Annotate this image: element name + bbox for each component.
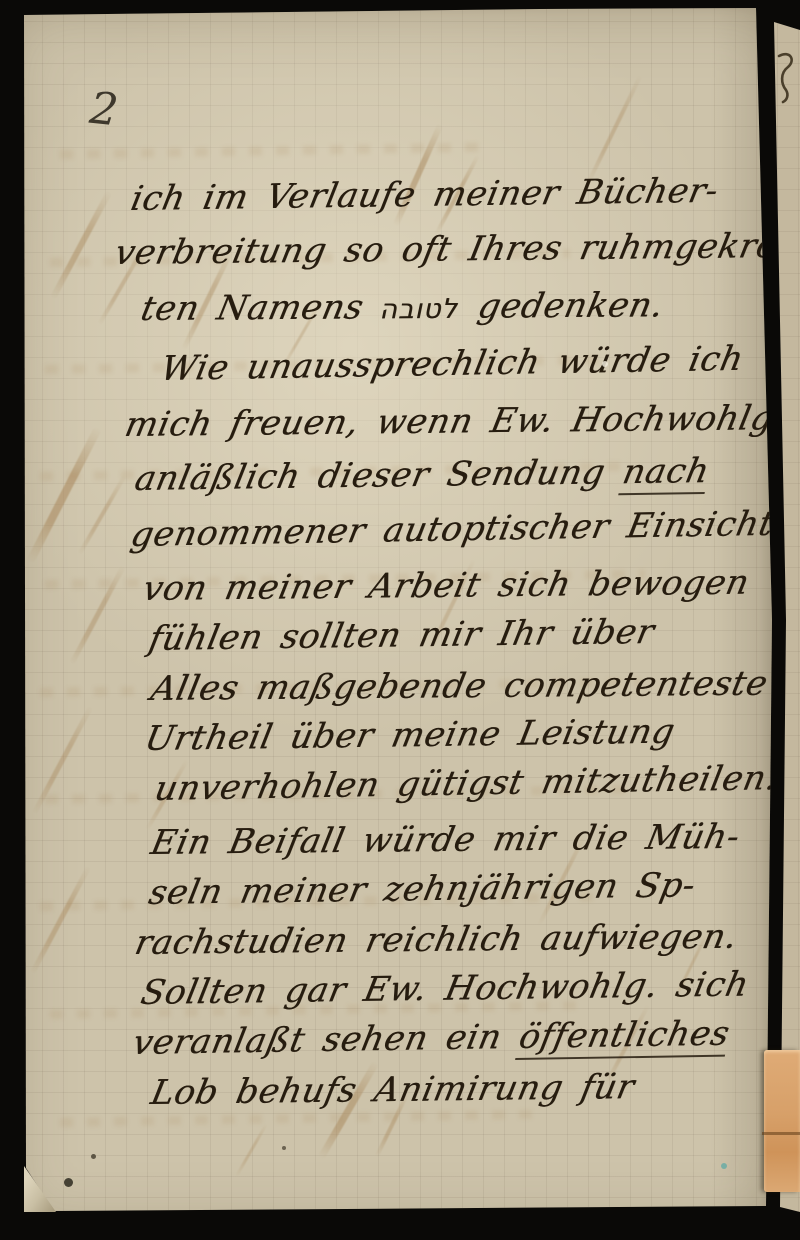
repair-tape: [764, 1050, 800, 1192]
handwriting-line: anläßlich dieser Sendung nach: [132, 454, 712, 496]
handwriting-line: von meiner Arbeit sich bewogen: [140, 566, 752, 606]
bleedthrough-stroke: [26, 426, 101, 563]
handwriting-segment: Alles maßgebende competenteste: [147, 664, 771, 709]
handwriting-line: Lob behufs Animirung für: [148, 1070, 637, 1110]
handwriting-segment: gedenken.: [456, 285, 667, 326]
bleedthrough-text-ghost: [60, 1110, 540, 1127]
handwriting-segment: Wie unaussprechlich würde ich: [157, 339, 747, 389]
bleedthrough-stroke: [50, 191, 112, 300]
handwriting-segment: seln meiner zehnjährigen Sp-: [145, 865, 699, 913]
handwriting-line: mich freuen, wenn Ew. Hochwohlgeb.: [122, 401, 800, 442]
bleedthrough-stroke: [30, 866, 91, 974]
handwriting-segment: Ein Beifall würde mir die Müh-: [147, 817, 743, 863]
bleedthrough-stroke: [69, 565, 125, 664]
handwriting-segment: öffentliches: [515, 1014, 733, 1060]
page-number: 2: [87, 83, 120, 137]
handwriting-line: ich im Verlaufe meiner Bücher-: [128, 174, 721, 216]
handwriting-segment: genommener autoptischer Einsicht: [127, 504, 777, 555]
handwriting-segment: verbreitung so oft Ihres ruhmgekrön-: [111, 226, 800, 273]
handwriting-line: Urtheil über meine Leistung: [142, 715, 678, 756]
bleedthrough-stroke: [78, 475, 126, 555]
handwriting-line: Wie unaussprechlich würde ich: [158, 342, 746, 386]
handwriting-segment: rachstudien reichlich aufwiegen.: [131, 917, 741, 963]
handwriting-line: fühlen sollten mir Ihr über: [146, 615, 657, 656]
handwriting-segment: anläßlich dieser Sendung: [131, 452, 627, 499]
handwriting-line: Alles maßgebende competenteste: [148, 667, 771, 706]
hebrew-word: לטובה: [378, 294, 463, 326]
bleedthrough-stroke: [586, 75, 642, 185]
handwriting-segment: nach: [619, 451, 713, 495]
handwriting-segment: unverhohlen gütigst mitzutheilen.: [151, 758, 781, 809]
handwriting-segment: ten Namens: [137, 287, 385, 329]
handwriting-segment: veranlaßt sehen ein: [129, 1017, 523, 1063]
letter-page: 2 ich im Verlaufe meiner Bücher-verbreit…: [0, 0, 800, 1240]
handwriting-line: ten Namens לטובה gedenken.: [138, 288, 667, 326]
handwriting-line: unverhohlen gütigst mitzutheilen.: [152, 761, 781, 806]
handwriting-line: Ein Beifall würde mir die Müh-: [148, 820, 743, 860]
handwriting-segment: von meiner Arbeit sich bewogen: [139, 563, 752, 609]
adjacent-page-ink-stroke: [776, 52, 798, 104]
bleedthrough-stroke: [32, 706, 93, 814]
tape-seam: [762, 1132, 800, 1135]
handwriting-line: rachstudien reichlich aufwiegen.: [132, 920, 740, 960]
bleedthrough-stroke: [235, 1123, 268, 1176]
bleedthrough-text-ghost: [60, 143, 480, 159]
handwriting-segment: Urtheil über meine Leistung: [141, 712, 678, 759]
handwriting-line: Sollten gar Ew. Hochwohlg. sich: [138, 968, 752, 1010]
handwriting-line: verbreitung so oft Ihres ruhmgekrön-: [112, 229, 800, 270]
handwriting-segment: Sollten gar Ew. Hochwohlg. sich: [137, 965, 752, 1013]
handwriting-segment: Lob behufs Animirung für: [147, 1067, 638, 1113]
handwriting-line: veranlaßt sehen ein öffentliches: [130, 1017, 732, 1060]
handwriting-line: genommener autoptischer Einsicht: [128, 507, 777, 552]
handwriting-segment: fühlen sollten mir Ihr über: [145, 612, 657, 659]
handwriting-segment: ich im Verlaufe meiner Bücher-: [127, 171, 722, 219]
handwriting-segment: mich freuen, wenn Ew. Hochwohlgeb.: [121, 398, 800, 445]
handwriting-line: seln meiner zehnjährigen Sp-: [146, 868, 698, 910]
